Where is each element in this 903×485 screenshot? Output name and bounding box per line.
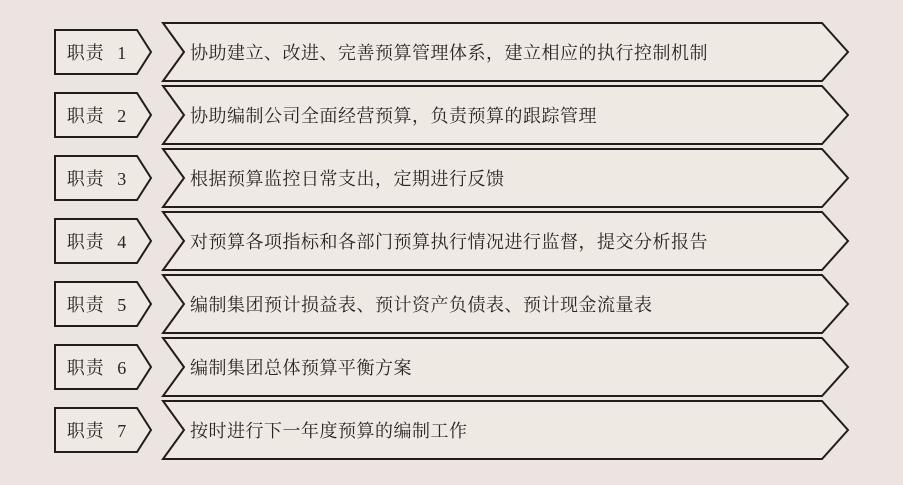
responsibility-text: 编制集团预计损益表、预计资产负债表、预计现金流量表 xyxy=(190,274,833,334)
responsibility-label: 职责 5 xyxy=(55,274,139,334)
responsibility-row: 职责 6 编制集团总体预算平衡方案 xyxy=(0,337,903,397)
responsibility-label: 职责 6 xyxy=(55,337,139,397)
responsibility-label: 职责 3 xyxy=(55,148,139,208)
responsibility-text: 对预算各项指标和各部门预算执行情况进行监督，提交分析报告 xyxy=(190,211,833,271)
responsibility-text: 协助建立、改进、完善预算管理体系，建立相应的执行控制机制 xyxy=(190,22,833,82)
responsibility-row: 职责 2 协助编制公司全面经营预算，负责预算的跟踪管理 xyxy=(0,85,903,145)
responsibility-label: 职责 4 xyxy=(55,211,139,271)
responsibility-label: 职责 1 xyxy=(55,22,139,82)
responsibility-label: 职责 2 xyxy=(55,85,139,145)
responsibility-text: 编制集团总体预算平衡方案 xyxy=(190,337,833,397)
responsibility-row: 职责 5 编制集团预计损益表、预计资产负债表、预计现金流量表 xyxy=(0,274,903,334)
responsibility-text: 根据预算监控日常支出，定期进行反馈 xyxy=(190,148,833,208)
responsibility-label: 职责 7 xyxy=(55,400,139,460)
responsibilities-diagram: 职责 1 协助建立、改进、完善预算管理体系，建立相应的执行控制机制 职责 2 协… xyxy=(0,22,903,463)
responsibility-text: 按时进行下一年度预算的编制工作 xyxy=(190,400,833,460)
responsibility-row: 职责 4 对预算各项指标和各部门预算执行情况进行监督，提交分析报告 xyxy=(0,211,903,271)
responsibility-row: 职责 3 根据预算监控日常支出，定期进行反馈 xyxy=(0,148,903,208)
responsibility-row: 职责 7 按时进行下一年度预算的编制工作 xyxy=(0,400,903,460)
responsibility-text: 协助编制公司全面经营预算，负责预算的跟踪管理 xyxy=(190,85,833,145)
responsibility-row: 职责 1 协助建立、改进、完善预算管理体系，建立相应的执行控制机制 xyxy=(0,22,903,82)
